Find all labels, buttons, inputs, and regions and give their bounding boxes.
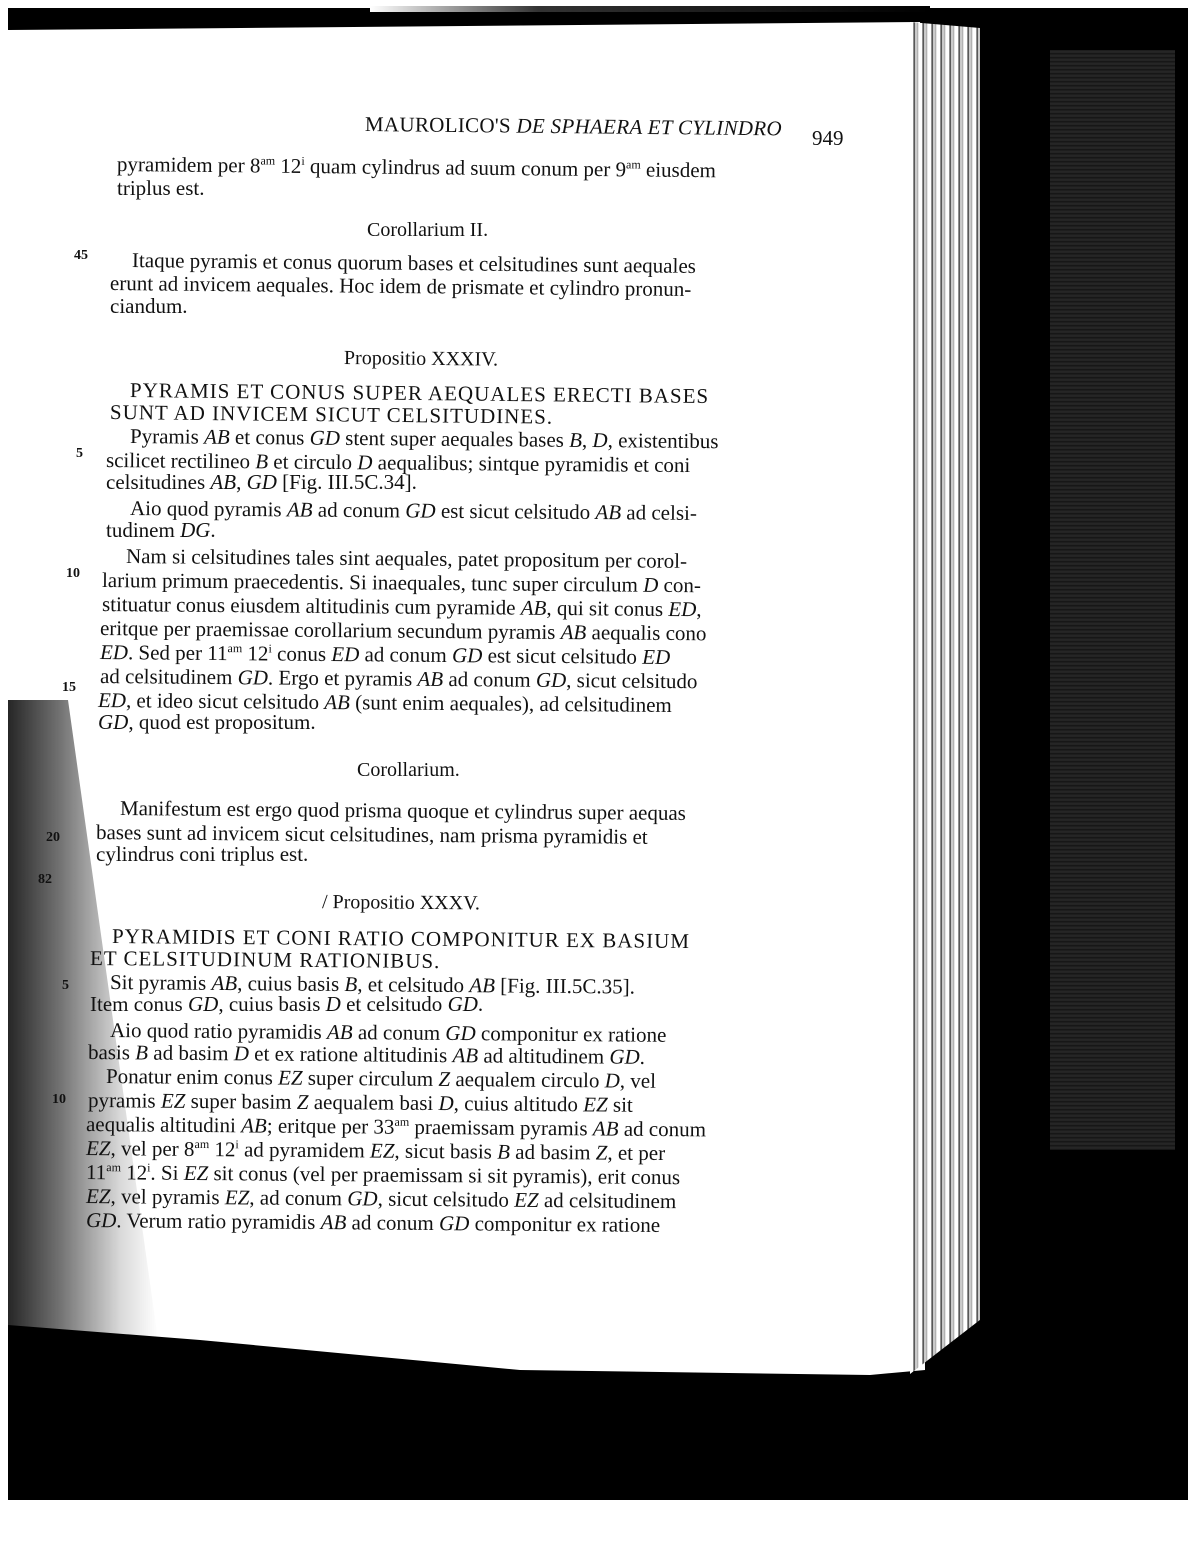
running-head: MAUROLICO'S DE SPHAERA ET CYLINDRO (365, 112, 782, 140)
folio-reference: 82 (38, 872, 52, 888)
book-cover (1050, 50, 1175, 1150)
section-heading: Corollarium II. (367, 218, 488, 242)
line-number-45: 45 (74, 248, 88, 264)
page-edges (910, 22, 980, 1374)
section-heading: Corollarium. (357, 758, 460, 782)
proposition-heading: / Propositio XXXV. (322, 890, 480, 915)
text-line: GD. Verum ratio pyramidis AB ad conum GD… (86, 1208, 660, 1237)
line-number-5: 5 (76, 446, 83, 462)
line-number-10-b: 10 (52, 1092, 66, 1108)
running-head-author: MAUROLICO'S (365, 112, 517, 138)
line-number-15: 15 (62, 680, 76, 696)
proposition-heading: Propositio XXXIV. (344, 346, 498, 372)
book-spine-shadow (980, 22, 1050, 1322)
line-number-5-b: 5 (62, 978, 69, 994)
text-line: cylindrus coni triplus est. (96, 842, 308, 866)
line-number-10: 10 (66, 566, 80, 582)
line-number-20: 20 (46, 830, 60, 846)
text-line: GD, quod est propositum. (98, 710, 316, 734)
text-line: triplus est. (117, 176, 205, 200)
running-head-title: DE SPHAERA ET CYLINDRO (516, 114, 782, 141)
text-line: Item conus GD, cuius basis D et celsitud… (90, 992, 483, 1016)
proposition-statement: ET CELSITUDINUM RATIONIBUS. (90, 946, 441, 973)
page-number: 949 (812, 126, 844, 151)
text-line: tudinem DG. (106, 518, 216, 542)
text-line: ciandum. (110, 294, 188, 318)
scan-bottom-margin (0, 1505, 1200, 1552)
page-top-edge (370, 6, 930, 12)
text-line: celsitudines AB, GD [Fig. III.5C.34]. (106, 470, 417, 494)
